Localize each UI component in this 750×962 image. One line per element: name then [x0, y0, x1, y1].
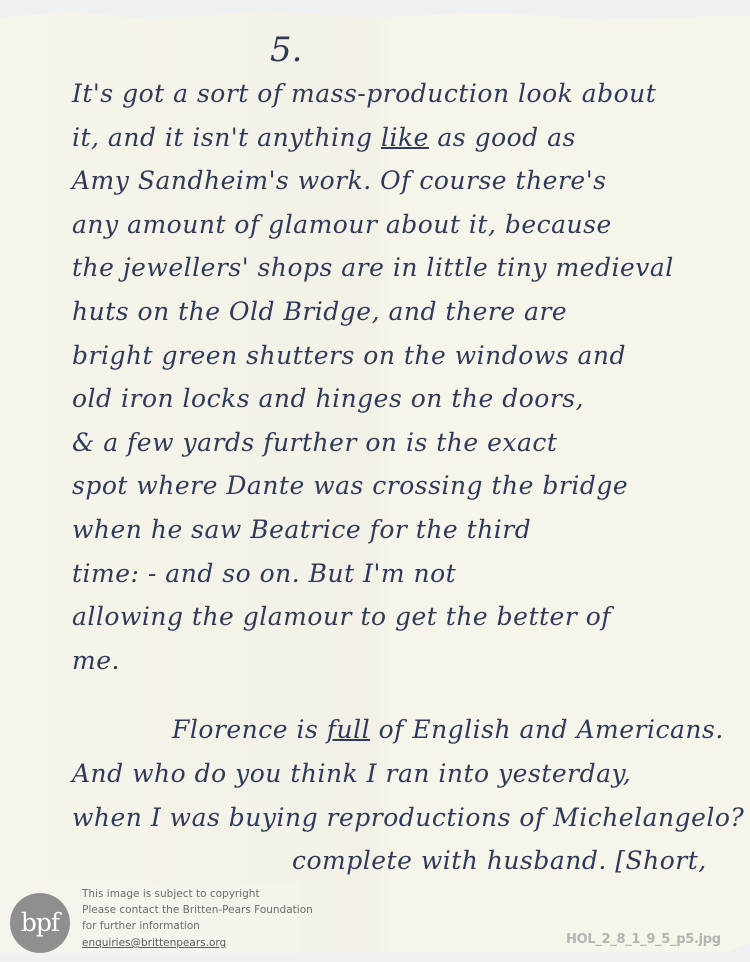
- text-line-15: Florence is full of English and American…: [72, 708, 742, 752]
- text-line-1: It's got a sort of mass-production look …: [72, 72, 742, 116]
- text-line-17: when I was buying reproductions of Miche…: [72, 796, 742, 840]
- copyright-notice: This image is subject to copyright: [82, 888, 260, 900]
- text-segment: it, and it isn't anything: [72, 123, 381, 152]
- letter-body: It's got a sort of mass-production look …: [72, 72, 742, 883]
- text-line-8: old iron locks and hinges on the doors,: [72, 377, 742, 421]
- text-line-11: when he saw Beatrice for the third: [72, 508, 742, 552]
- underlined-word: like: [381, 123, 429, 152]
- contact-email-link[interactable]: enquiries@brittenpears.org: [82, 937, 226, 949]
- underlined-word: full: [327, 715, 370, 744]
- image-filename: HOL_2_8_1_9_5_p5.jpg: [566, 932, 721, 947]
- text-segment: Florence is: [172, 715, 327, 744]
- bpf-logo: bpf: [10, 893, 70, 953]
- text-line-12: time: - and so on. But I'm not: [72, 552, 742, 596]
- text-line-3: Amy Sandheim's work. Of course there's: [72, 159, 742, 203]
- text-line-16: And who do you think I ran into yesterda…: [72, 752, 742, 796]
- paragraph-break: [72, 682, 742, 708]
- text-line-2: it, and it isn't anything like as good a…: [72, 116, 742, 160]
- text-line-7: bright green shutters on the windows and: [72, 334, 742, 378]
- info-notice: for further information: [82, 920, 200, 932]
- text-line-14: me.: [72, 639, 742, 683]
- text-line-5: the jewellers' shops are in little tiny …: [72, 246, 742, 290]
- page-number: 5.: [270, 30, 302, 70]
- text-segment: as good as: [429, 123, 576, 152]
- text-line-4: any amount of glamour about it, because: [72, 203, 742, 247]
- text-line-10: spot where Dante was crossing the bridge: [72, 464, 742, 508]
- text-line-6: huts on the Old Bridge, and there are: [72, 290, 742, 334]
- contact-notice: Please contact the Britten-Pears Foundat…: [82, 904, 313, 916]
- text-line-9: & a few yards further on is the exact: [72, 421, 742, 465]
- text-segment: of English and Americans.: [370, 715, 724, 744]
- text-line-18: complete with husband. [Short,: [72, 839, 742, 883]
- text-line-13: allowing the glamour to get the better o…: [72, 595, 742, 639]
